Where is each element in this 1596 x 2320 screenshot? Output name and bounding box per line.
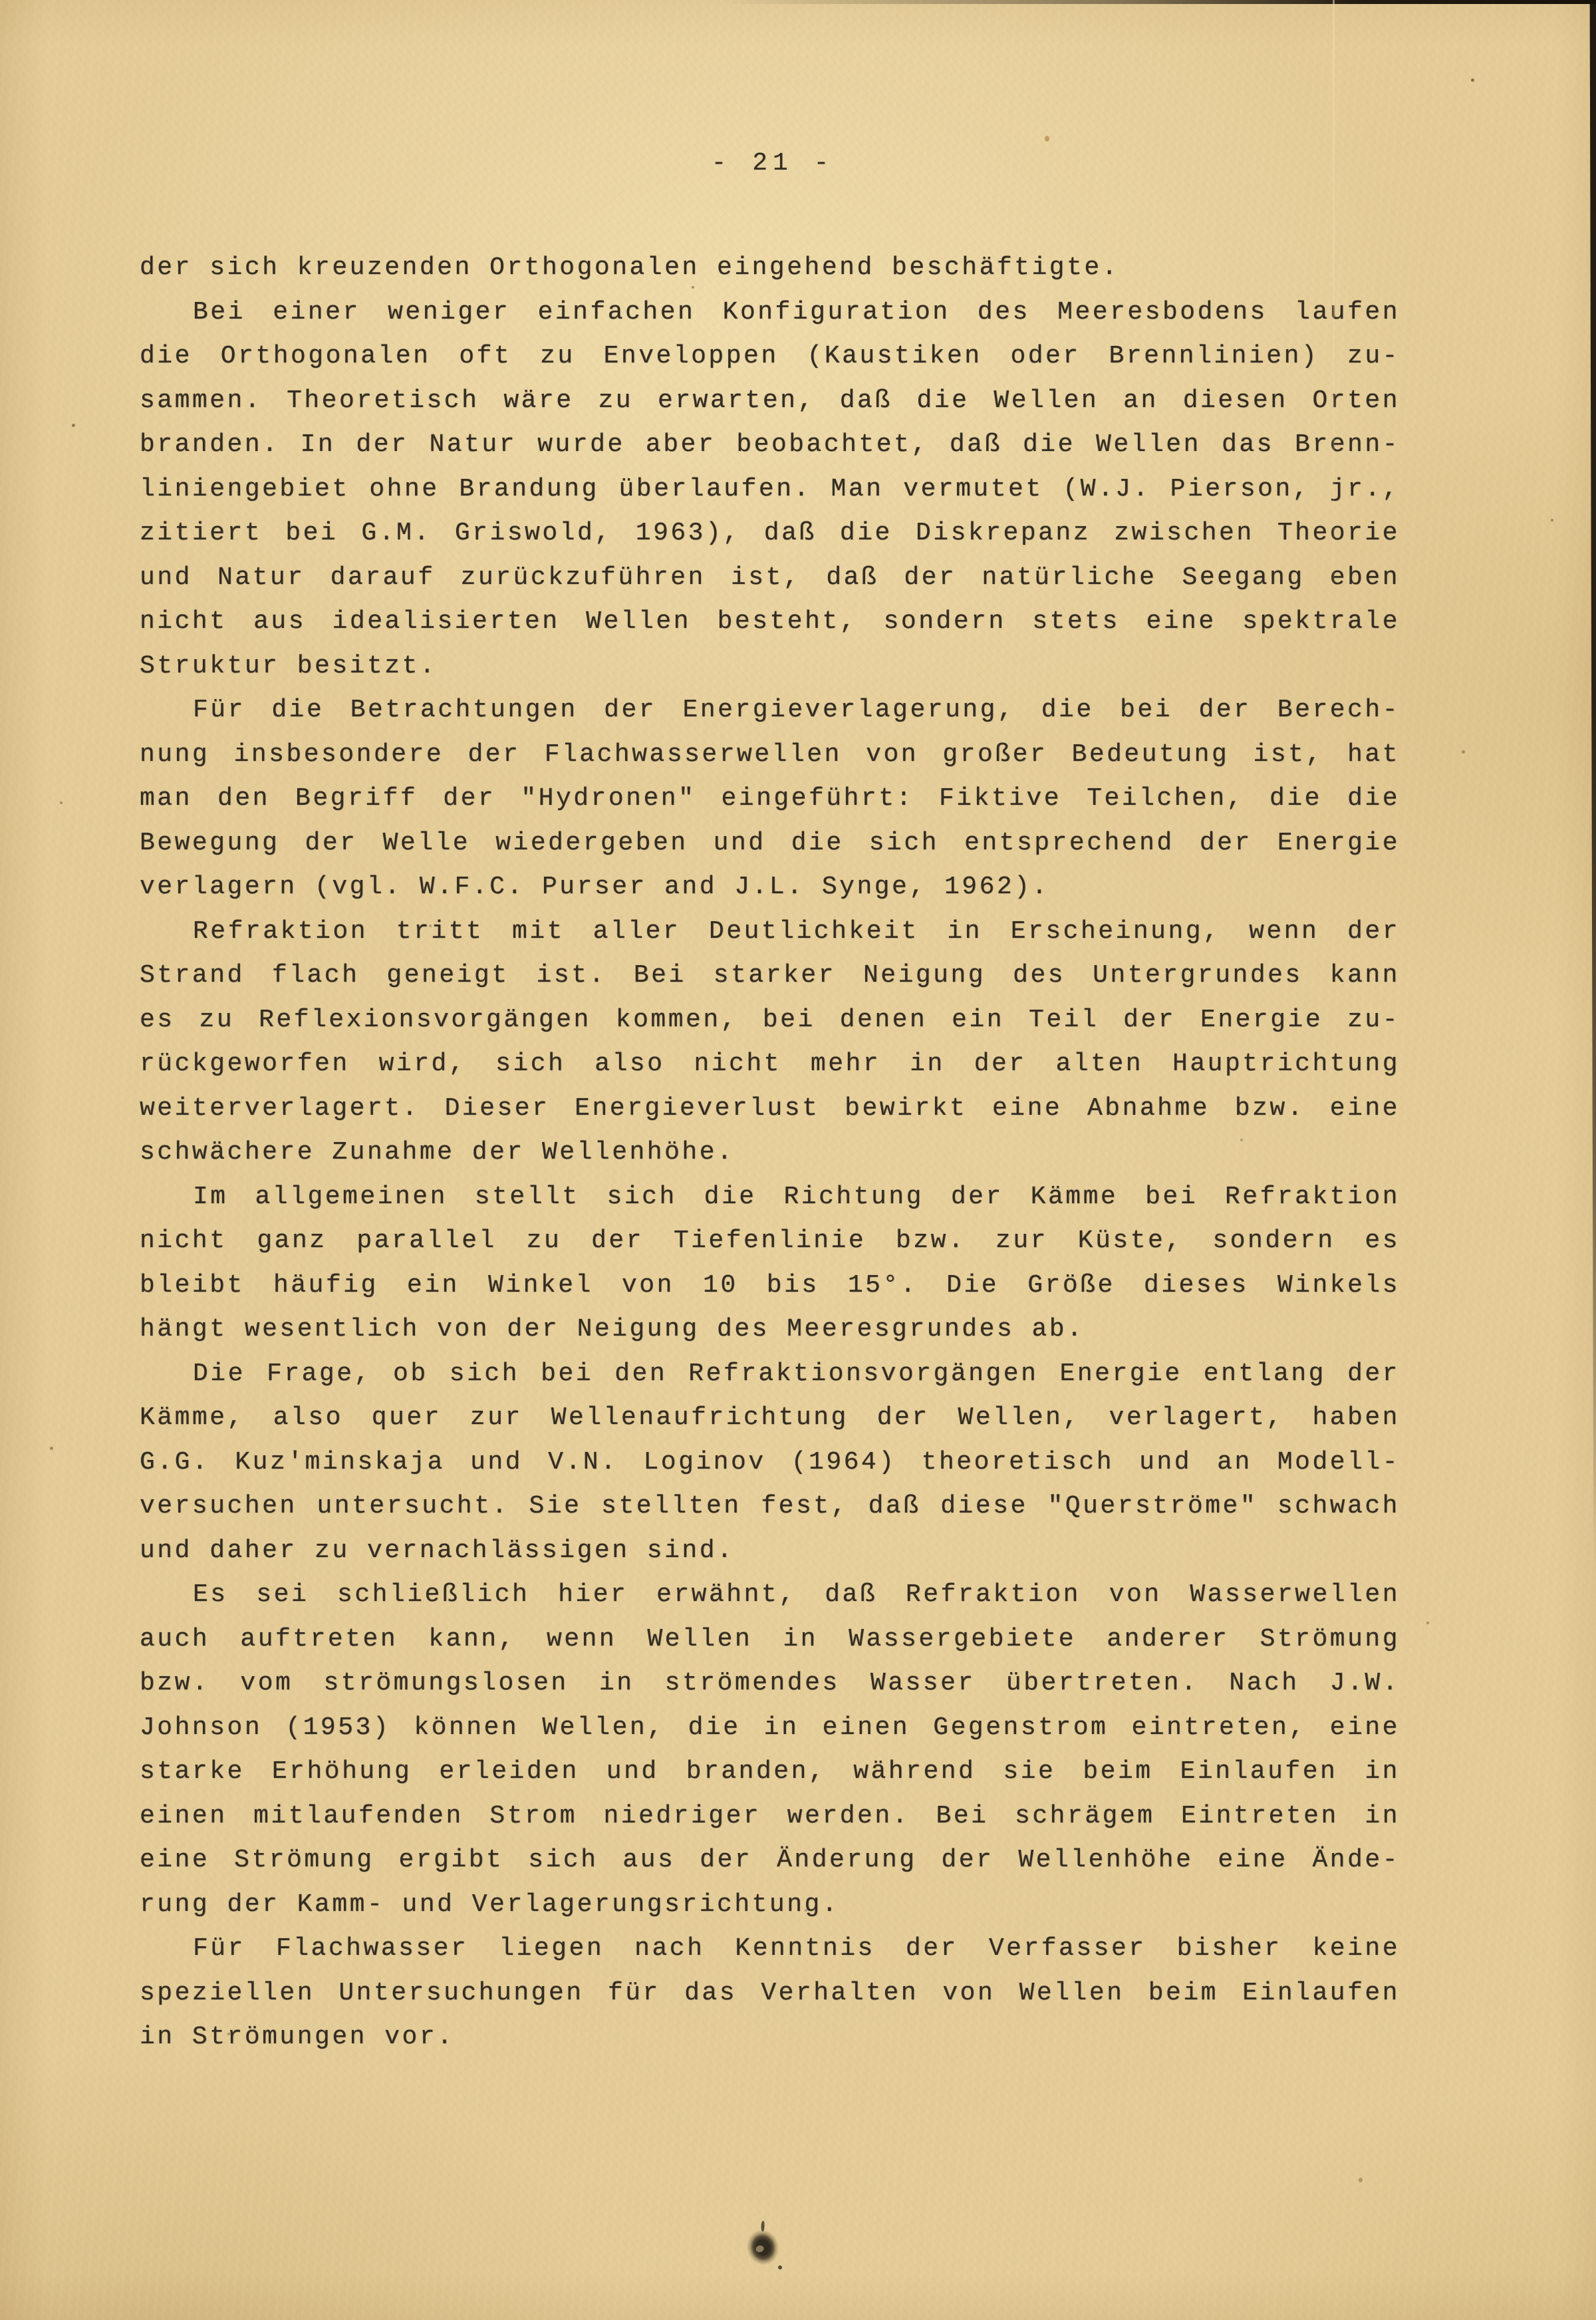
paper-speck <box>1551 519 1553 521</box>
paper-speck <box>1045 136 1049 142</box>
text-line: rung der Kamm- und Verlagerungsrichtung. <box>140 1883 1400 1928</box>
scanned-document-page: - 21 - der sich kreuzenden Orthogonalen … <box>0 0 1596 2320</box>
text-line: verlagern (vgl. W.F.C. Purser and J.L. S… <box>140 865 1400 910</box>
ink-blot-tail <box>761 2221 765 2232</box>
paper-speck <box>1359 2178 1363 2182</box>
text-line: einen mitlaufenden Strom niedriger werde… <box>140 1795 1400 1839</box>
text-line: eine Strömung ergibt sich aus der Änderu… <box>140 1838 1400 1883</box>
text-line: bleibt häufig ein Winkel von 10 bis 15°.… <box>140 1264 1400 1308</box>
text-line: Strand flach geneigt ist. Bei starker Ne… <box>140 954 1400 998</box>
paragraph: Die Frage, ob sich bei den Refraktionsvo… <box>140 1352 1400 1574</box>
ink-speck <box>778 2265 782 2269</box>
ink-blot-highlight <box>755 2245 765 2253</box>
text-line: Es sei schließlich hier erwähnt, daß Ref… <box>140 1573 1400 1618</box>
text-line: in Strömungen vor. <box>140 2015 1400 2060</box>
text-line: liniengebiet ohne Brandung überlaufen. M… <box>140 468 1400 512</box>
paper-speck <box>60 801 63 804</box>
text-line: weiterverlagert. Dieser Energieverlust b… <box>140 1087 1400 1131</box>
text-line: Für die Betrachtungen der Energieverlage… <box>140 688 1400 733</box>
text-line: es zu Reflexionsvorgängen kommen, bei de… <box>140 998 1400 1043</box>
paper-speck <box>1462 750 1465 754</box>
text-line: der sich kreuzenden Orthogonalen eingehe… <box>140 246 1400 291</box>
text-line: Bei einer weniger einfachen Konfiguratio… <box>140 291 1400 335</box>
text-line: auch auftreten kann, wenn Wellen in Wass… <box>140 1618 1400 1662</box>
ink-blot <box>741 2226 783 2273</box>
paper-speck <box>50 1447 53 1450</box>
paper-speck <box>1426 1622 1429 1624</box>
paper-speck <box>72 424 75 427</box>
paragraph: Im allgemeinen stellt sich die Richtung … <box>140 1175 1400 1352</box>
text-line: und daher zu vernachlässigen sind. <box>140 1529 1400 1574</box>
text-line: hängt wesentlich von der Neigung des Mee… <box>140 1308 1400 1352</box>
text-line: Für Flachwasser liegen nach Kenntnis der… <box>140 1927 1400 1971</box>
text-line: versuchen untersucht. Sie stellten fest,… <box>140 1485 1400 1529</box>
text-line: G.G. Kuz'minskaja und V.N. Loginov (1964… <box>140 1441 1400 1485</box>
text-line: branden. In der Natur wurde aber beobach… <box>140 423 1400 468</box>
text-line: Im allgemeinen stellt sich die Richtung … <box>140 1175 1400 1220</box>
text-line: man den Begriff der "Hydronen" eingeführ… <box>140 777 1400 821</box>
text-line: die Orthogonalen oft zu Enveloppen (Kaus… <box>140 335 1400 379</box>
paragraph: Für die Betrachtungen der Energieverlage… <box>140 688 1400 910</box>
text-line: nicht aus idealisierten Wellen besteht, … <box>140 600 1400 645</box>
text-line: schwächere Zunahme der Wellenhöhe. <box>140 1131 1400 1175</box>
text-line: Bewegung der Welle wiedergeben und die s… <box>140 821 1400 866</box>
paragraph: Für Flachwasser liegen nach Kenntnis der… <box>140 1927 1400 2060</box>
scan-edge-top <box>0 0 1596 4</box>
text-block: der sich kreuzenden Orthogonalen eingehe… <box>140 246 1400 2060</box>
text-line: sammen. Theoretisch wäre zu erwarten, da… <box>140 379 1400 424</box>
paragraph: Refraktion tritt mit aller Deutlichkeit … <box>140 910 1400 1175</box>
text-line: Refraktion tritt mit aller Deutlichkeit … <box>140 910 1400 954</box>
text-line: und Natur darauf zurückzuführen ist, daß… <box>140 556 1400 601</box>
text-line: bzw. vom strömungslosen in strömendes Wa… <box>140 1662 1400 1706</box>
text-line: Johnson (1953) können Wellen, die in ein… <box>140 1706 1400 1751</box>
paper-speck <box>1471 78 1474 82</box>
text-line: Struktur besitzt. <box>140 645 1400 689</box>
text-line: nung insbesondere der Flachwasserwellen … <box>140 733 1400 778</box>
paragraph: Es sei schließlich hier erwähnt, daß Ref… <box>140 1573 1400 1927</box>
text-line: Die Frage, ob sich bei den Refraktionsvo… <box>140 1352 1400 1397</box>
text-line: zitiert bei G.M. Griswold, 1963), daß di… <box>140 511 1400 556</box>
text-line: rückgeworfen wird, sich also nicht mehr … <box>140 1042 1400 1087</box>
paragraph: der sich kreuzenden Orthogonalen eingehe… <box>140 246 1400 291</box>
scan-edge-right <box>1587 0 1596 1563</box>
text-line: starke Erhöhung erleiden und branden, wä… <box>140 1750 1400 1795</box>
page-number: - 21 - <box>712 149 835 178</box>
text-line: nicht ganz parallel zu der Tiefenlinie b… <box>140 1219 1400 1264</box>
text-line: Kämme, also quer zur Wellenaufrichtung d… <box>140 1396 1400 1441</box>
paragraph: Bei einer weniger einfachen Konfiguratio… <box>140 291 1400 689</box>
text-line: speziellen Untersuchungen für das Verhal… <box>140 1971 1400 2016</box>
